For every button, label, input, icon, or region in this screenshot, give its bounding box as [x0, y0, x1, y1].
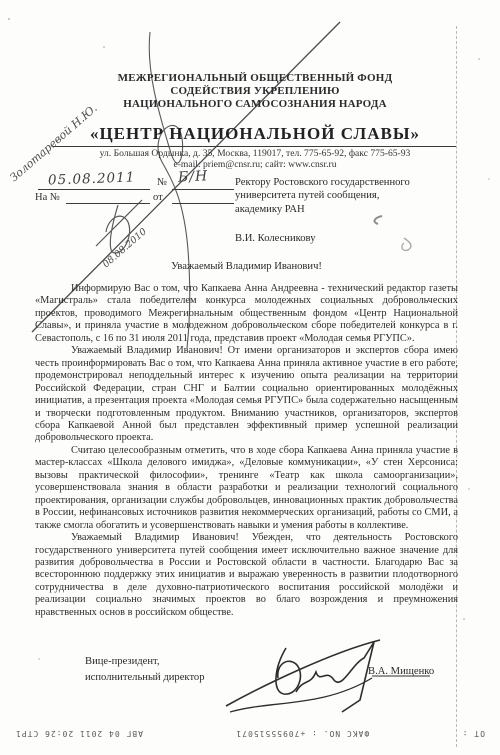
paragraph-1: Информирую Вас о том, что Капкаева Анна … [35, 283, 458, 345]
paragraph-4: Уважаемый Владимир Иванович! Убежден, чт… [35, 532, 458, 619]
signer-title: Вице-президент, исполнительный директор [85, 654, 205, 685]
fax-footer-from: ОТ : [462, 729, 485, 738]
fax-letter-page: Золотаревой Н.Ю. 08.08.2010 МЕЖРЕГИОНАЛЬ… [0, 0, 500, 755]
signature-scrawl [222, 634, 432, 724]
fax-transmission-footer: ОТ : ФАКС NO. : +70955515071 АВГ 04 2011… [15, 729, 485, 738]
salutation: Уважаемый Владимир Иванович! [35, 261, 458, 272]
signer-name: В.А. Мищенко [368, 666, 434, 677]
signer-title-line-1: Вице-президент, [85, 654, 205, 670]
paragraph-3: Считаю целесообразным отметить, что в хо… [35, 445, 458, 532]
signer-title-line-2: исполнительный директор [85, 670, 205, 686]
paragraph-2: Уважаемый Владимир Иванович! От имени ор… [35, 345, 458, 445]
fax-footer-datetime: АВГ 04 2011 20:26 СТР1 [15, 729, 143, 738]
fax-footer-number: ФАКС NO. : +70955515071 [235, 729, 369, 738]
letter-body: Информирую Вас о том, что Капкаева Анна … [35, 283, 458, 619]
